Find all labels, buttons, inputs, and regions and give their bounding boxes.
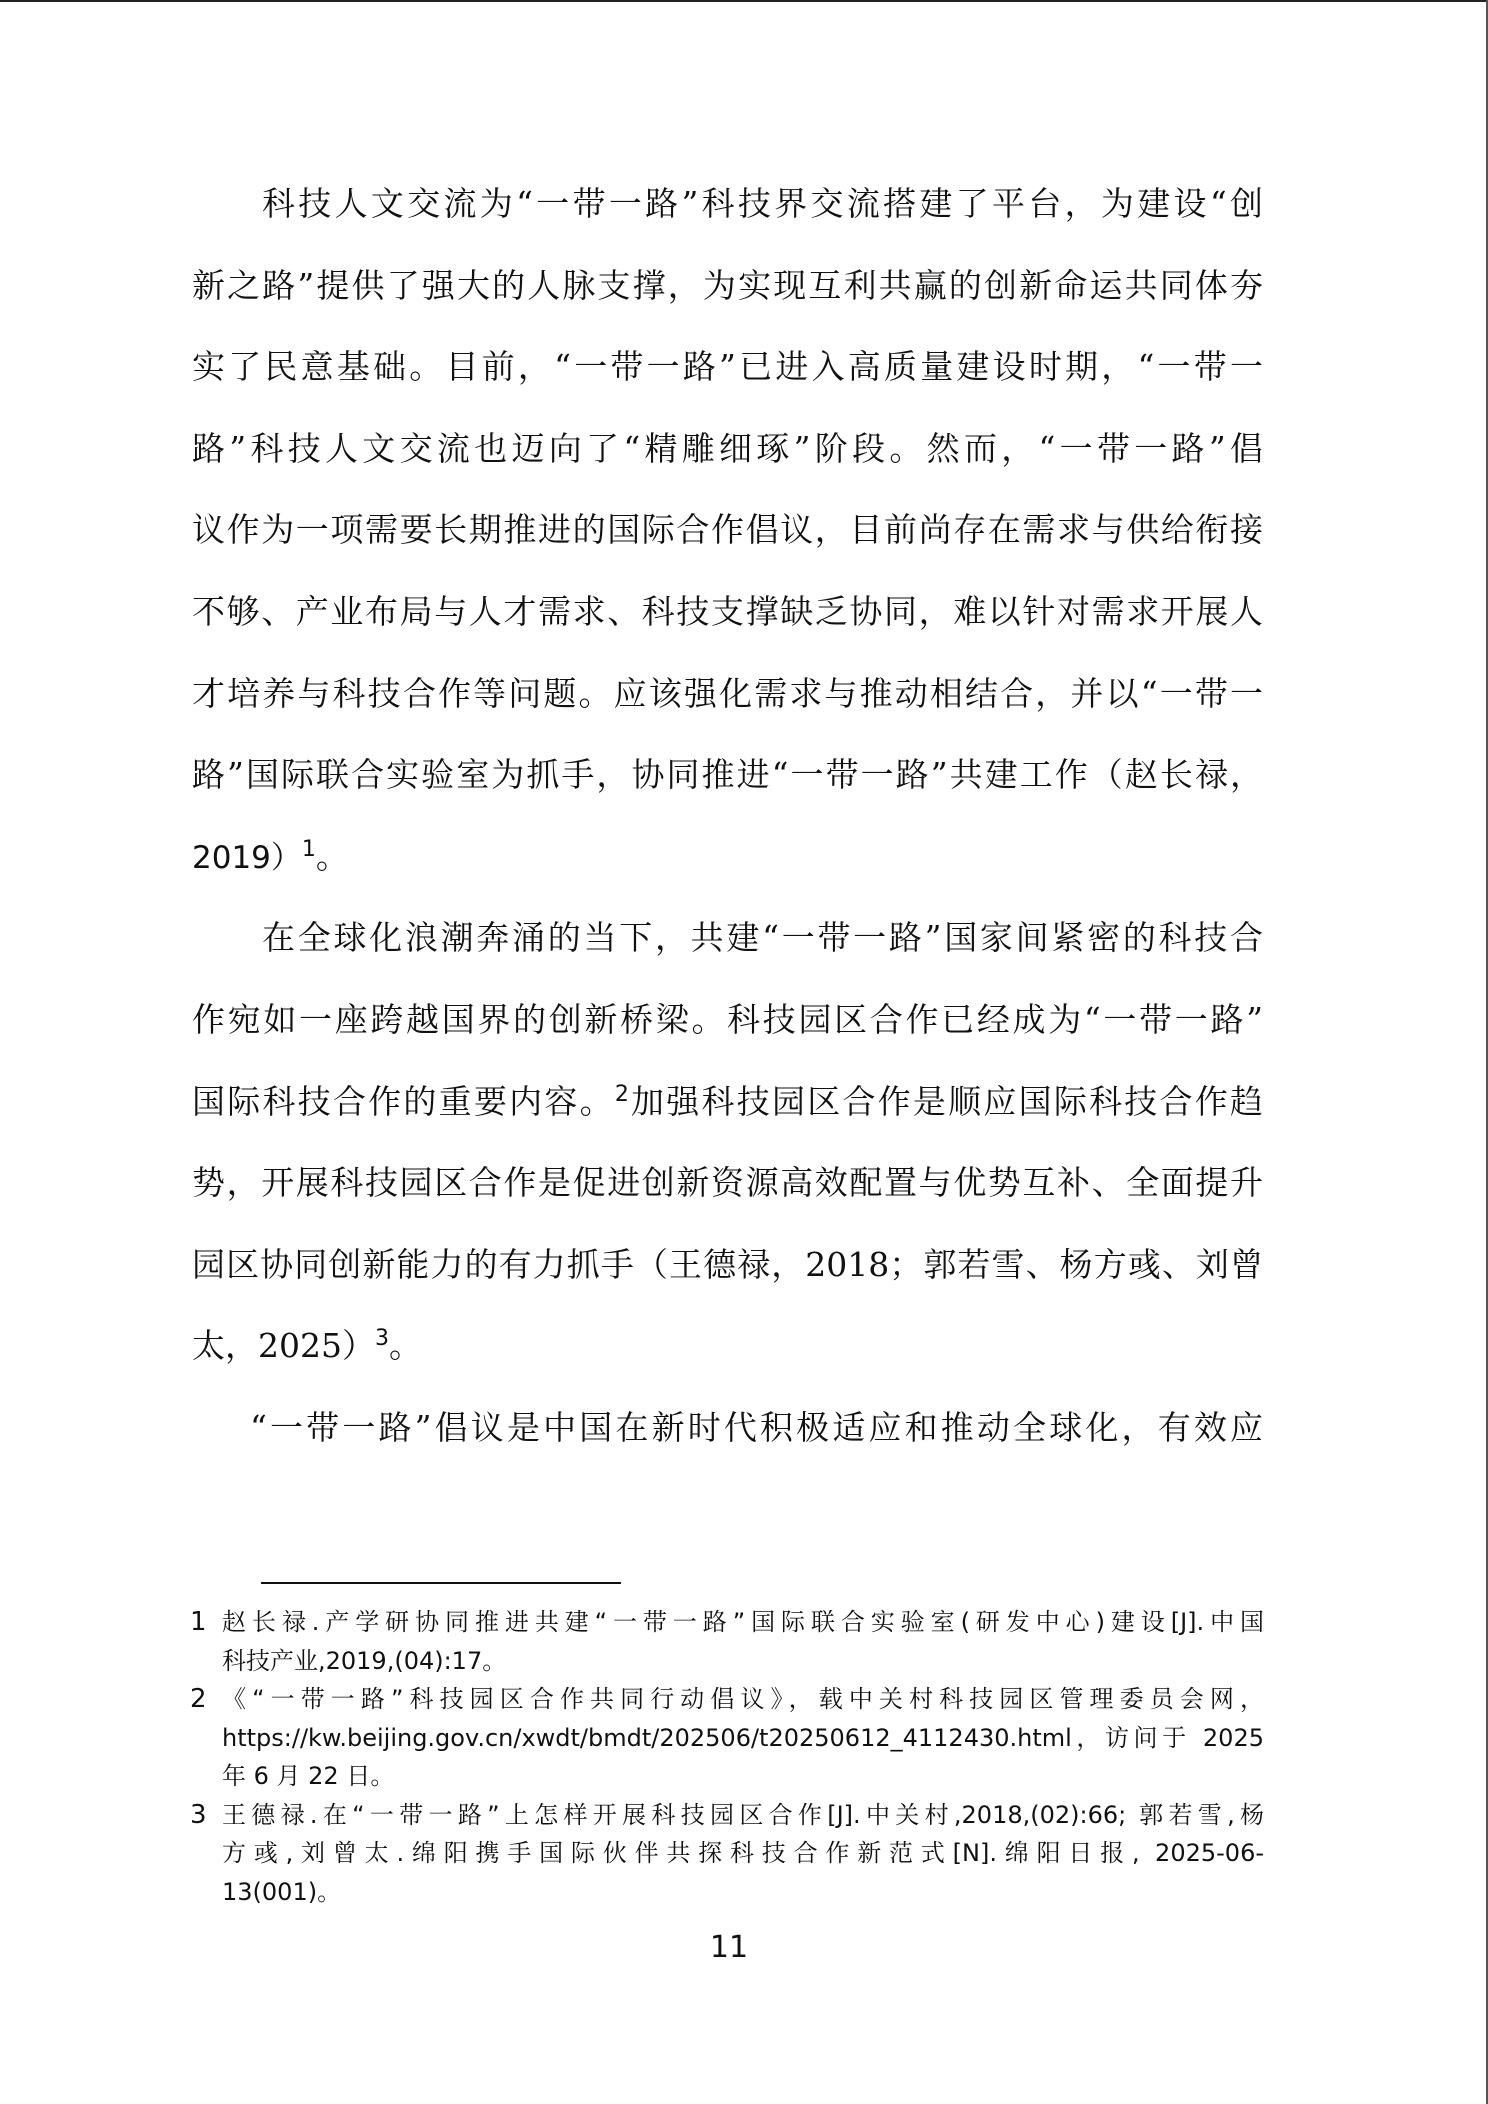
paragraph-line: 在全球化浪潮奔涌的当下，共建“一带一路”国家间紧密的科技合 bbox=[192, 897, 1263, 979]
paragraph-line: 路”国际联合实验室为抓手，协同推进“一带一路”共建工作（赵长禄， bbox=[192, 734, 1263, 816]
paragraph-line: 议作为一项需要长期推进的国际合作倡议，目前尚存在需求与供给衔接 bbox=[192, 489, 1263, 571]
paragraph-line: 太，2025）3。 bbox=[192, 1305, 1263, 1387]
footnote-line: 13(001)。 bbox=[190, 1873, 1264, 1912]
paragraph-3: “一带一路”倡议是中国在新时代积极适应和推动全球化，有效应 bbox=[192, 1387, 1263, 1469]
footnote-ref-2[interactable]: 2 bbox=[615, 1082, 629, 1107]
footnote-number: 1 bbox=[190, 1603, 207, 1642]
footnote-3: 3 王德禄.在“一带一路”上怎样开展科技园区合作[J].中关村,2018,(02… bbox=[190, 1796, 1264, 1912]
footnote-line: 2 《“一带一路”科技园区合作共同行动倡议》，载中关村科技园区管理委员会网， bbox=[190, 1680, 1264, 1719]
footnote-text: 《“一带一路”科技园区合作共同行动倡议》，载中关村科技园区管理委员会网， bbox=[222, 1680, 1264, 1719]
footnote-line: 年 6 月 22 日。 bbox=[190, 1757, 1264, 1796]
footnote-line: 1 赵长禄.产学研协同推进共建“一带一路”国际联合实验室(研发中心)建设[J].… bbox=[190, 1603, 1264, 1642]
period: 。 bbox=[389, 1326, 422, 1365]
footnote-ref-1[interactable]: 1 bbox=[302, 837, 316, 862]
citation-text: 太，2025） bbox=[192, 1326, 375, 1365]
page-number: 11 bbox=[0, 1930, 1458, 1965]
footnote-text: 科技产业,2019,(04):17。 bbox=[222, 1642, 1264, 1681]
paragraph-line: 才培养与科技合作等问题。应该强化需求与推动相结合，并以“一带一 bbox=[192, 653, 1263, 735]
paragraph-line: 新之路”提供了强大的人脉支撑，为实现互利共赢的创新命运共同体夯 bbox=[192, 245, 1263, 327]
paragraph-2: 在全球化浪潮奔涌的当下，共建“一带一路”国家间紧密的科技合 作宛如一座跨越国界的… bbox=[192, 897, 1263, 1387]
footnote-url-text[interactable]: https://kw.beijing.gov.cn/xwdt/bmdt/2025… bbox=[222, 1719, 1264, 1758]
footnote-line: 科技产业,2019,(04):17。 bbox=[190, 1642, 1264, 1681]
footnote-number: 3 bbox=[190, 1796, 207, 1835]
paragraph-line: 势，开展科技园区合作是促进创新资源高效配置与优势互补、全面提升 bbox=[192, 1142, 1263, 1224]
footnote-number: 2 bbox=[190, 1680, 207, 1719]
paragraph-line: 国际科技合作的重要内容。2加强科技园区合作是顺应国际科技合作趋 bbox=[192, 1061, 1263, 1143]
footnote-1: 1 赵长禄.产学研协同推进共建“一带一路”国际联合实验室(研发中心)建设[J].… bbox=[190, 1603, 1264, 1680]
paragraph-line: 实了民意基础。目前，“一带一路”已进入高质量建设时期，“一带一 bbox=[192, 326, 1263, 408]
text-segment: 国际科技合作的重要内容。 bbox=[192, 1082, 615, 1121]
paragraph-line: 作宛如一座跨越国界的创新桥梁。科技园区合作已经成为“一带一路” bbox=[192, 979, 1263, 1061]
paragraph-line: 不够、产业布局与人才需求、科技支撑缺乏协同，难以针对需求开展人 bbox=[192, 571, 1263, 653]
paragraph-1: 科技人文交流为“一带一路”科技界交流搭建了平台，为建设“创 新之路”提供了强大的… bbox=[192, 163, 1263, 897]
footnotes: 1 赵长禄.产学研协同推进共建“一带一路”国际联合实验室(研发中心)建设[J].… bbox=[190, 1603, 1264, 1911]
paragraph-line: 科技人文交流为“一带一路”科技界交流搭建了平台，为建设“创 bbox=[192, 163, 1263, 245]
footnote-text: 方彧,刘曾太.绵阳携手国际伙伴共探科技合作新范式[N].绵阳日报, 2025-0… bbox=[222, 1834, 1264, 1873]
citation-text: 2019） bbox=[192, 840, 302, 876]
footnote-separator bbox=[261, 1582, 621, 1584]
paragraph-line: 2019）1。 bbox=[192, 816, 1263, 898]
period: 。 bbox=[316, 837, 349, 876]
footnote-text: 年 6 月 22 日。 bbox=[222, 1757, 1264, 1796]
footnote-ref-3[interactable]: 3 bbox=[375, 1326, 389, 1351]
paragraph-line: 园区协同创新能力的有力抓手（王德禄，2018；郭若雪、杨方彧、刘曾 bbox=[192, 1224, 1263, 1306]
footnote-2: 2 《“一带一路”科技园区合作共同行动倡议》，载中关村科技园区管理委员会网， h… bbox=[190, 1680, 1264, 1796]
footnote-text: 王德禄.在“一带一路”上怎样开展科技园区合作[J].中关村,2018,(02):… bbox=[222, 1796, 1264, 1835]
paragraph-line: “一带一路”倡议是中国在新时代积极适应和推动全球化，有效应 bbox=[192, 1387, 1263, 1469]
footnote-text: 赵长禄.产学研协同推进共建“一带一路”国际联合实验室(研发中心)建设[J].中国 bbox=[222, 1603, 1264, 1642]
footnote-line: 方彧,刘曾太.绵阳携手国际伙伴共探科技合作新范式[N].绵阳日报, 2025-0… bbox=[190, 1834, 1264, 1873]
text-segment: 加强科技园区合作是顺应国际科技合作趋 bbox=[629, 1082, 1263, 1121]
page-border-top bbox=[0, 0, 1488, 2]
footnote-text: 13(001)。 bbox=[222, 1873, 1264, 1912]
document-body: 科技人文交流为“一带一路”科技界交流搭建了平台，为建设“创 新之路”提供了强大的… bbox=[192, 163, 1263, 1469]
paragraph-line: 路”科技人文交流也迈向了“精雕细琢”阶段。然而，“一带一路”倡 bbox=[192, 408, 1263, 490]
footnote-line: 3 王德禄.在“一带一路”上怎样开展科技园区合作[J].中关村,2018,(02… bbox=[190, 1796, 1264, 1835]
footnote-line: https://kw.beijing.gov.cn/xwdt/bmdt/2025… bbox=[190, 1719, 1264, 1758]
